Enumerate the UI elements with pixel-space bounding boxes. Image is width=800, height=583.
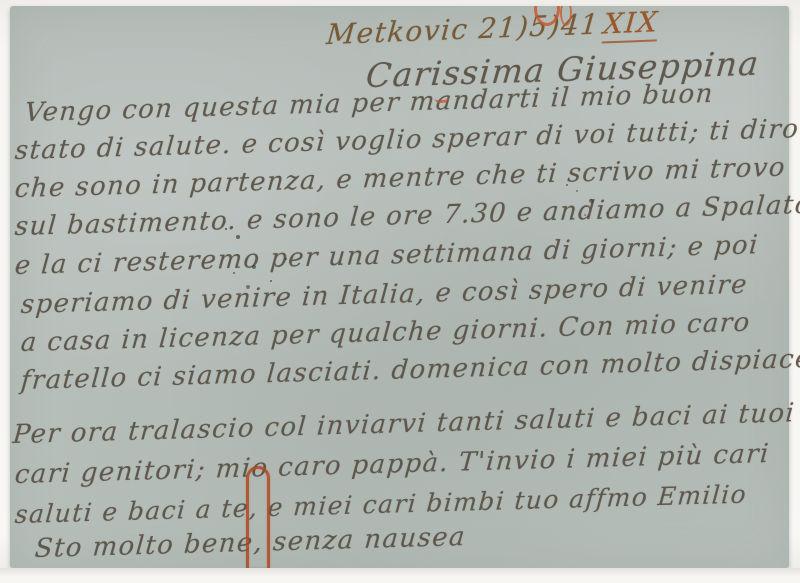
postmark-arc — [534, 6, 560, 26]
ink-speckles — [225, 228, 227, 230]
red-crayon-censor-mark — [246, 466, 270, 568]
date-line: Metkovic 21)5)41XIX — [325, 5, 660, 51]
postmark-fragment-icon — [530, 6, 582, 32]
era-year-text: XIX — [602, 5, 660, 43]
photo-mat-edge — [0, 568, 800, 583]
postcard: Metkovic 21)5)41XIX Carissima Giuseppina… — [10, 6, 789, 568]
photo-background: Metkovic 21)5)41XIX Carissima Giuseppina… — [0, 0, 800, 583]
ink-speckles — [566, 184, 568, 186]
postmark-arc — [560, 6, 572, 26]
